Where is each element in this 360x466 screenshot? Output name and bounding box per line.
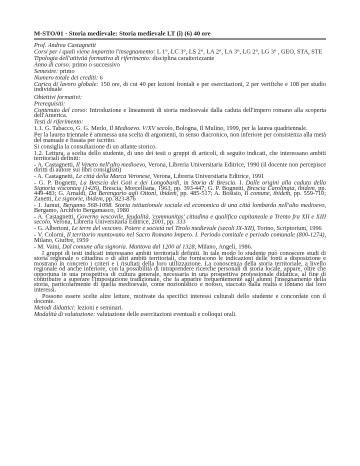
- para-laurea-triennale: Per la laurea triennale è ammessa una sc…: [34, 132, 326, 142]
- document-page: M-STO/01 - Storia medievale: Storia medi…: [0, 0, 360, 466]
- text: disciplina caratterizzante: [153, 55, 215, 62]
- bib-jarnut-bergamo: - J. Jarnut, Bergamo 568-1098. Storia is…: [34, 202, 326, 212]
- text: valutazione delle esercitazioni eventual…: [97, 311, 237, 318]
- para-altre-letture: Possono essere scelte altre letture, mot…: [34, 293, 326, 303]
- textbook-entry-1-1: 1.1. G. Tabacco, G. G. Merlo, Il Medioev…: [34, 126, 326, 131]
- text: I gruppi di testi indicati interessano a…: [34, 249, 326, 292]
- italic-text: Il comune: [245, 190, 270, 197]
- field-carico-lavoro: Carico di lavoro globale: 150 ore, di cu…: [34, 82, 326, 92]
- text: , pp. 485-517; A. Bosisio,: [177, 190, 245, 197]
- reading-list-intro-1-2: 1.2. Lettura, a scelta dello studente, d…: [34, 150, 326, 160]
- text: primo o successivo: [72, 61, 119, 68]
- field-corsi: Corsi per i quali viene impartito l'inse…: [34, 49, 326, 54]
- section-testi-riferimento: Testi di riferimento:: [34, 119, 326, 124]
- text: Per la laurea triennale è ammessa una sc…: [34, 131, 326, 143]
- bib-castagnetti-veneto: - A. Castagnetti, Il Veneto nell'alto me…: [34, 162, 326, 172]
- field-tipologia: Tipologia dell'attività formativa di rif…: [34, 56, 326, 61]
- field-modalita-valutazione: Modalità di valutazione: valutazione del…: [34, 312, 326, 317]
- section-obiettivi-formativi: Obiettivi formativi:: [34, 94, 326, 99]
- field-metodi-didattici: Metodi didattici: lezioni e seminari.: [34, 305, 326, 310]
- page-content: M-STO/01 - Storia medievale: Storia medi…: [34, 30, 326, 318]
- field-semestre: Semestre: primo: [34, 69, 326, 74]
- bib-bognetti-brescia: - G. P. Bognetti, La Brescia dei Goti e …: [34, 180, 326, 201]
- text: 1.2. Lettura, a scelta dello studente, d…: [34, 149, 326, 161]
- italic-text: ibidem: [160, 190, 177, 197]
- italic-text: ibidem: [273, 190, 290, 197]
- para-atlante-storico: Si consiglia la consultazione di un atla…: [34, 144, 326, 149]
- course-title: M-STO/01 - Storia medievale: Storia medi…: [34, 30, 326, 40]
- text: Possono essere scelte altre letture, mot…: [34, 292, 326, 304]
- professor-line: Prof. Andrea Castagnetti: [34, 43, 326, 48]
- bib-castagnetti-marca: - A. Castagnetti, Le città della Marca V…: [34, 174, 326, 179]
- bib-colorni-mantova: - V. Colorni, Il territorio mantovano ne…: [34, 232, 326, 242]
- field-anno-di-corso: Anno di corso: primo o successivo: [34, 62, 326, 67]
- bib-castagnetti-trento: - A. Castagnetti, Governo vescovile, feu…: [34, 214, 326, 224]
- bib-albertoni-tirolo: - G. Albertoni, Le terre del vescovo. Po…: [34, 226, 326, 231]
- italic-text: Il territorio mantovano nel Sacro Romano…: [67, 231, 325, 238]
- section-contenuto-corso: Contenuto del corso: Introduzione e line…: [34, 107, 326, 117]
- italic-text: Modalità di valutazione:: [34, 311, 97, 318]
- field-crediti: Numero totale dei crediti: 6: [34, 75, 326, 80]
- bib-vaini-mantova: - M. Vaini, Dal comune alla signoria. Ma…: [34, 244, 326, 249]
- para-gruppi-testi: I gruppi di testi indicati interessano a…: [34, 250, 326, 292]
- section-prerequisiti: Prerequisiti:: [34, 101, 326, 106]
